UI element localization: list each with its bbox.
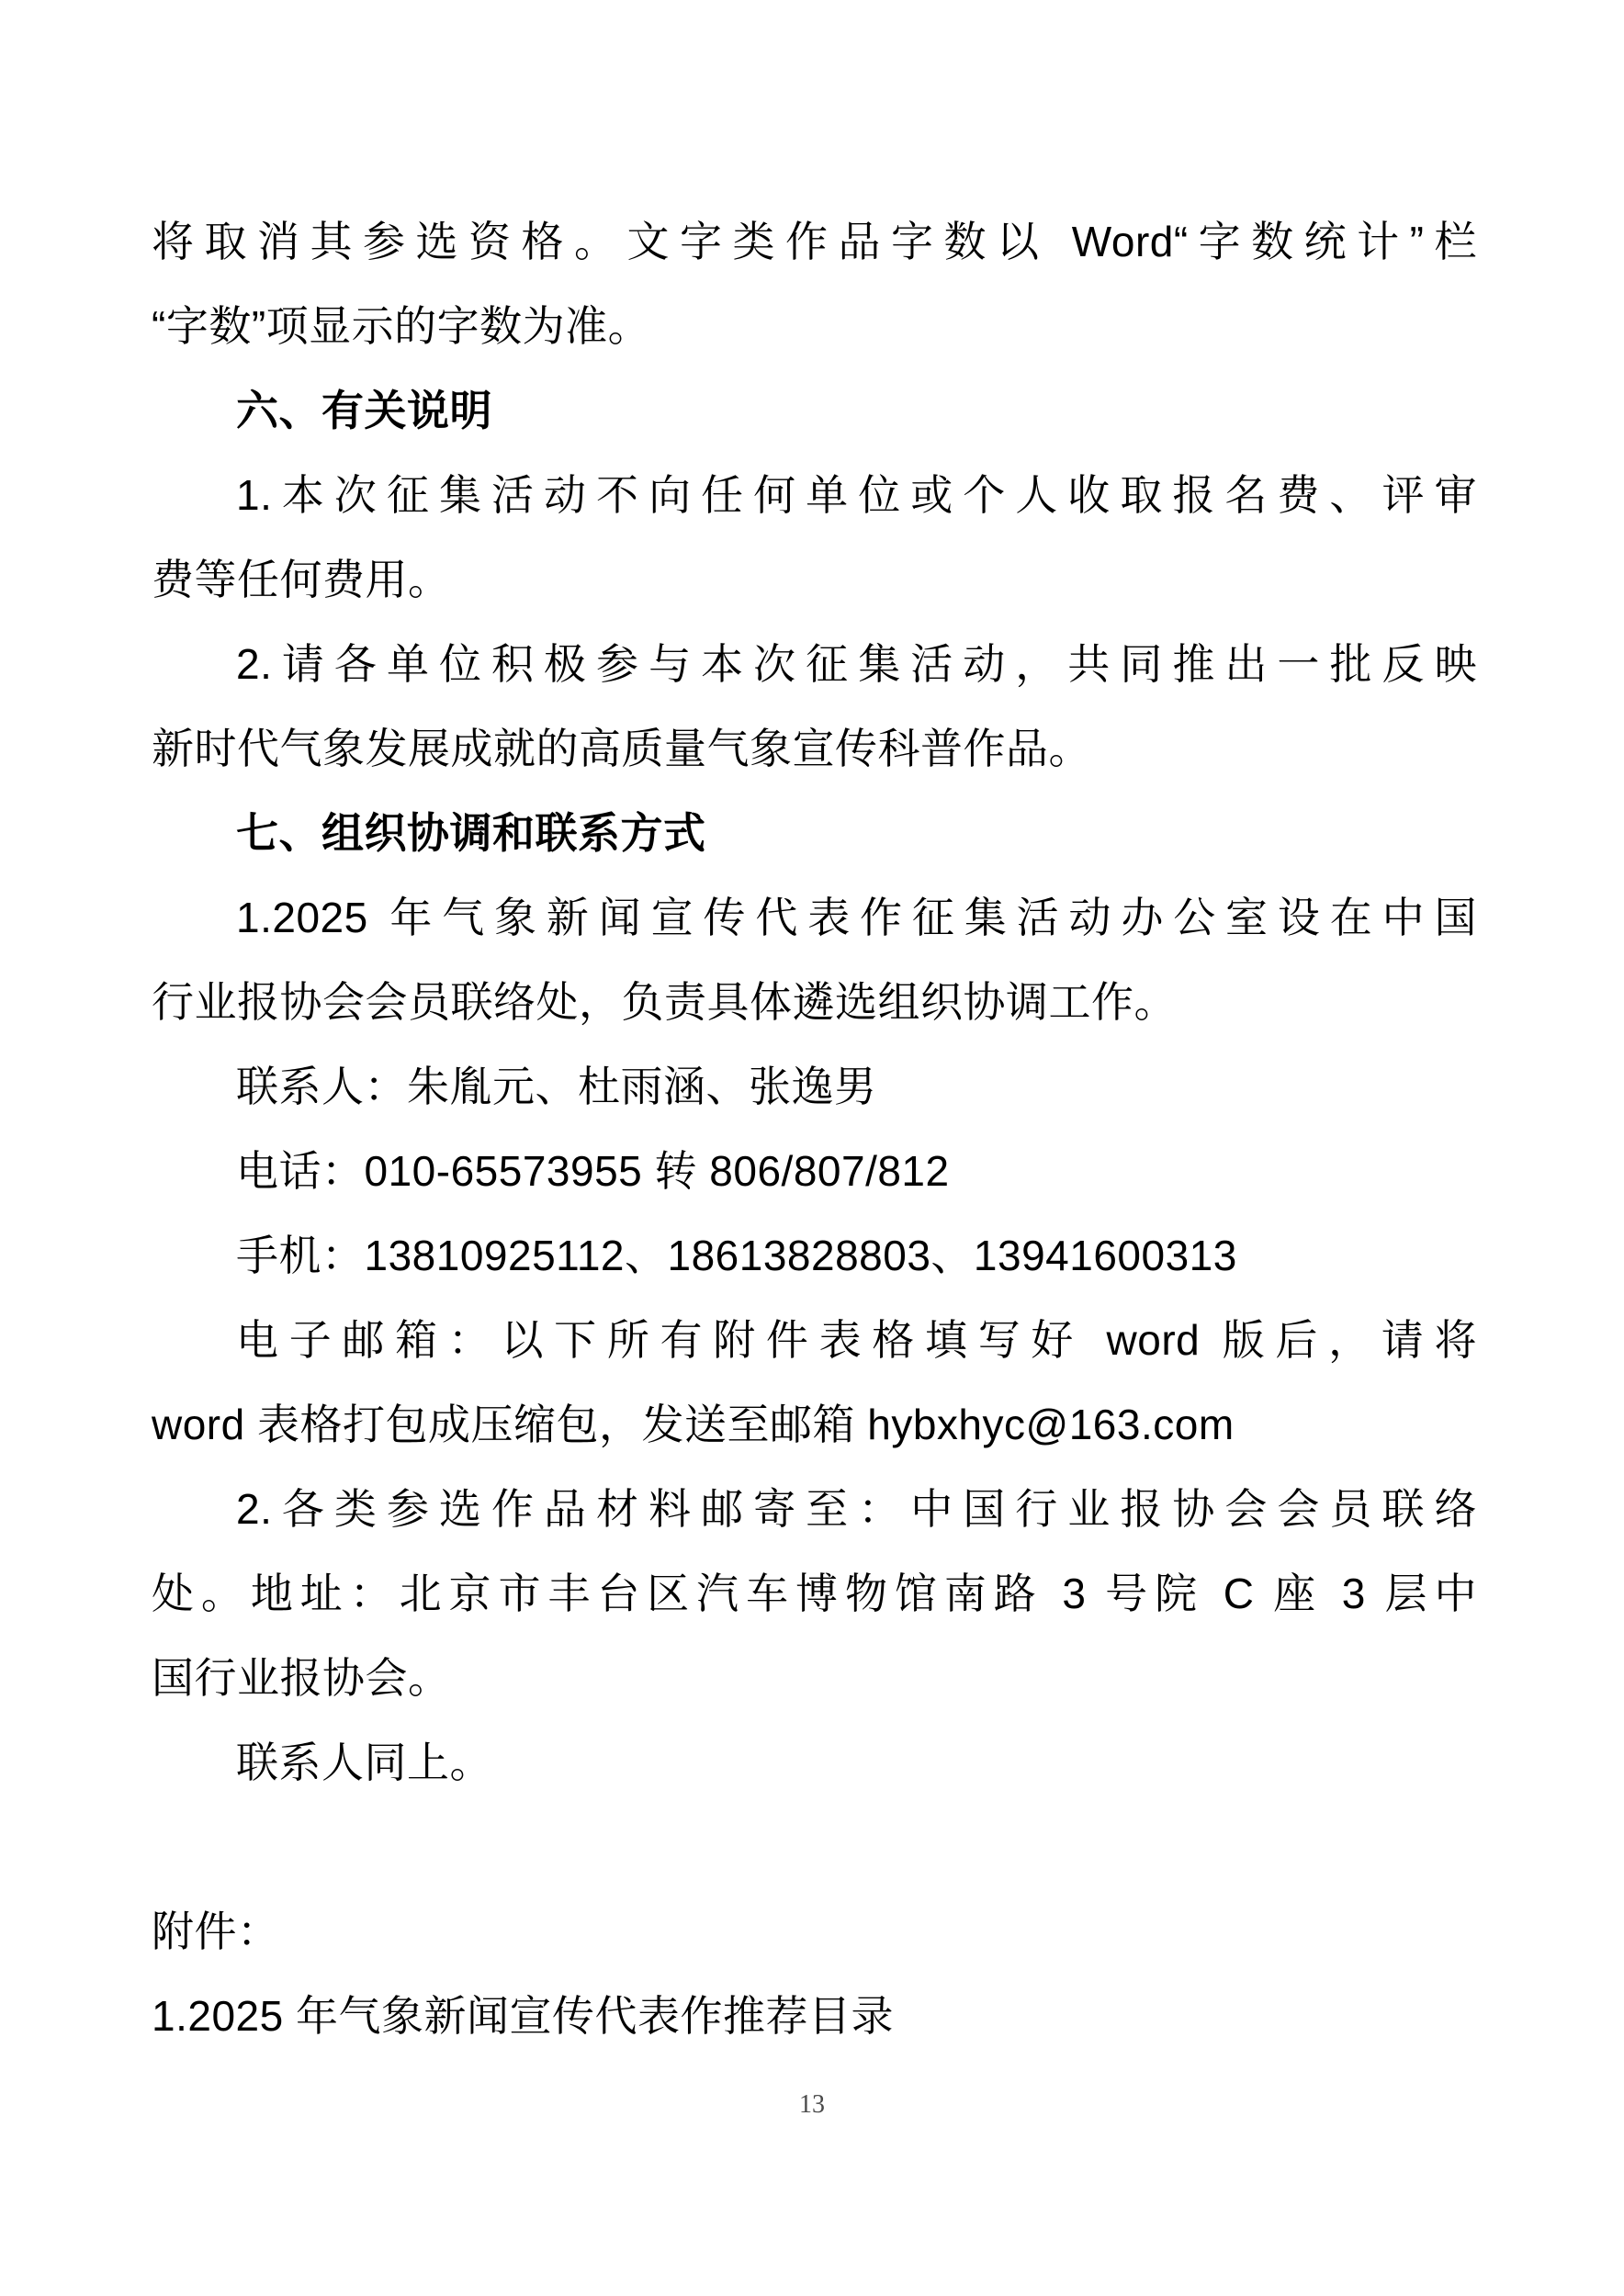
text-line: 2.各类参选作品材料邮寄至：中国行业报协会会员联络 [152, 1467, 1477, 1551]
text-line: 费等任何费用。 [152, 537, 1477, 622]
section-heading: 六、有关说明 [152, 368, 1477, 453]
text-line: 行业报协会会员联络处，负责具体遴选组织协调工作。 [152, 960, 1477, 1044]
page-number: 13 [0, 2090, 1624, 2120]
text-line: 手机：13810925112、18613828803、13941600313 [152, 1213, 1477, 1298]
text-line: 将取消其参选资格。文字类作品字数以 Word“字数统计”栏 [152, 199, 1477, 284]
section-heading: 七、组织协调和联系方式 [152, 791, 1477, 875]
text-line: 联系人：朱胤元、杜雨涵、张逸男 [152, 1044, 1477, 1129]
text-line: 电话：010-65573955 转 806/807/812 [152, 1129, 1477, 1213]
text-line: word 表格打包成压缩包，发送至邮箱 hybxhyc@163.com [152, 1382, 1477, 1467]
text-line: 1.2025 年气象新闻宣传代表作征集活动办公室设在中国 [152, 875, 1477, 960]
text-line: 2.请各单位积极参与本次征集活动，共同推出一批反映 [152, 622, 1477, 706]
text-line: “字数”项显示的字数为准。 [152, 284, 1477, 368]
document-body: 将取消其参选资格。文字类作品字数以 Word“字数统计”栏“字数”项显示的字数为… [152, 199, 1477, 2058]
text-line: 电子邮箱：以下所有附件表格填写好 word 版后，请将 [152, 1298, 1477, 1382]
text-line: 新时代气象发展成就的高质量气象宣传科普作品。 [152, 706, 1477, 791]
text-line: 国行业报协会。 [152, 1636, 1477, 1720]
text-line: 1.本次征集活动不向任何单位或个人收取报名费、评审 [152, 453, 1477, 537]
text-line: 1.2025 年气象新闻宣传代表作推荐目录 [152, 1974, 1477, 2058]
text-line: 处。地址：北京市丰台区汽车博物馆南路 3 号院 C 座 3 层中 [152, 1551, 1477, 1636]
blank-line [152, 1805, 1477, 1889]
document-page: 将取消其参选资格。文字类作品字数以 Word“字数统计”栏“字数”项显示的字数为… [0, 0, 1624, 2296]
text-line: 联系人同上。 [152, 1720, 1477, 1805]
text-line: 附件： [152, 1889, 1477, 1974]
